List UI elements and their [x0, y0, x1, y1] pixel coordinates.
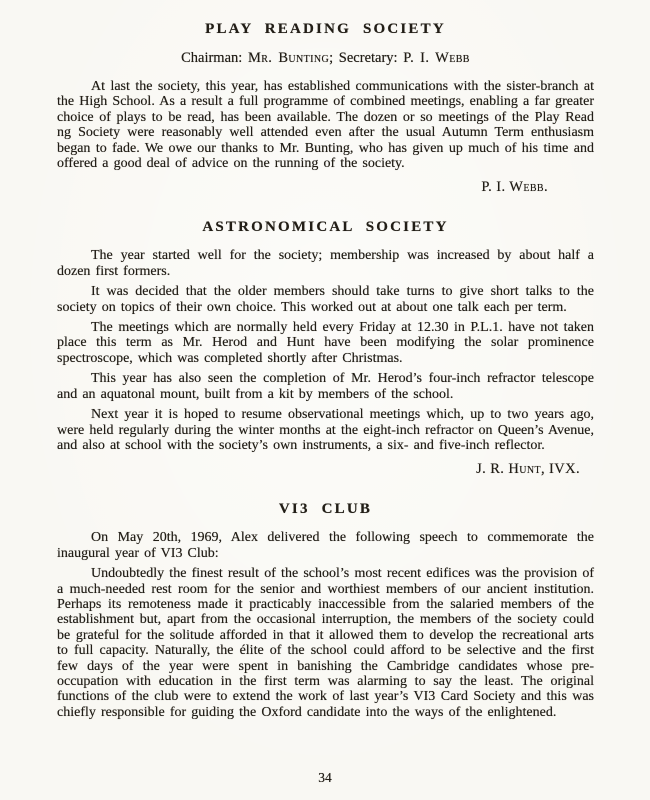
- section-astronomical-society: ASTRONOMICAL SOCIETYThe year started wel…: [57, 219, 594, 478]
- paragraph: It was decided that the older members sh…: [57, 284, 594, 315]
- paragraph: The year started well for the society; m…: [57, 248, 594, 279]
- officer-name: P. I. Webb: [403, 50, 470, 66]
- paragraph: At last the society, this year, has esta…: [57, 79, 594, 171]
- paragraph: On May 20th, 1969, Alex delivered the fo…: [57, 530, 594, 561]
- section-title: VI3 CLUB: [57, 501, 594, 518]
- paragraph: This year has also seen the completion o…: [57, 371, 594, 402]
- officer-role-label: Chairman:: [181, 50, 248, 66]
- signature: J. R. Hunt, IVX.: [57, 461, 594, 478]
- paragraph: The meetings which are normally held eve…: [57, 320, 594, 366]
- officer-name: Mr. Bunting: [248, 50, 329, 66]
- officers-line: Chairman: Mr. Bunting; Secretary: P. I. …: [57, 50, 594, 67]
- page-number: 34: [0, 770, 650, 786]
- section-title: ASTRONOMICAL SOCIETY: [57, 219, 594, 236]
- sections-container: PLAY READING SOCIETYChairman: Mr. Buntin…: [57, 21, 594, 720]
- paragraph: Undoubtedly the finest result of the sch…: [57, 566, 594, 720]
- section-title: PLAY READING SOCIETY: [57, 21, 594, 38]
- section-play-reading-society: PLAY READING SOCIETYChairman: Mr. Buntin…: [57, 21, 594, 196]
- scanned-magazine-page: PLAY READING SOCIETYChairman: Mr. Buntin…: [0, 0, 650, 800]
- paragraph: Next year it is hoped to resume observat…: [57, 407, 594, 453]
- signature: P. I. Webb.: [57, 179, 594, 196]
- officer-role-label: ; Secretary:: [329, 50, 403, 66]
- section-vi3-club: VI3 CLUBOn May 20th, 1969, Alex delivere…: [57, 501, 594, 720]
